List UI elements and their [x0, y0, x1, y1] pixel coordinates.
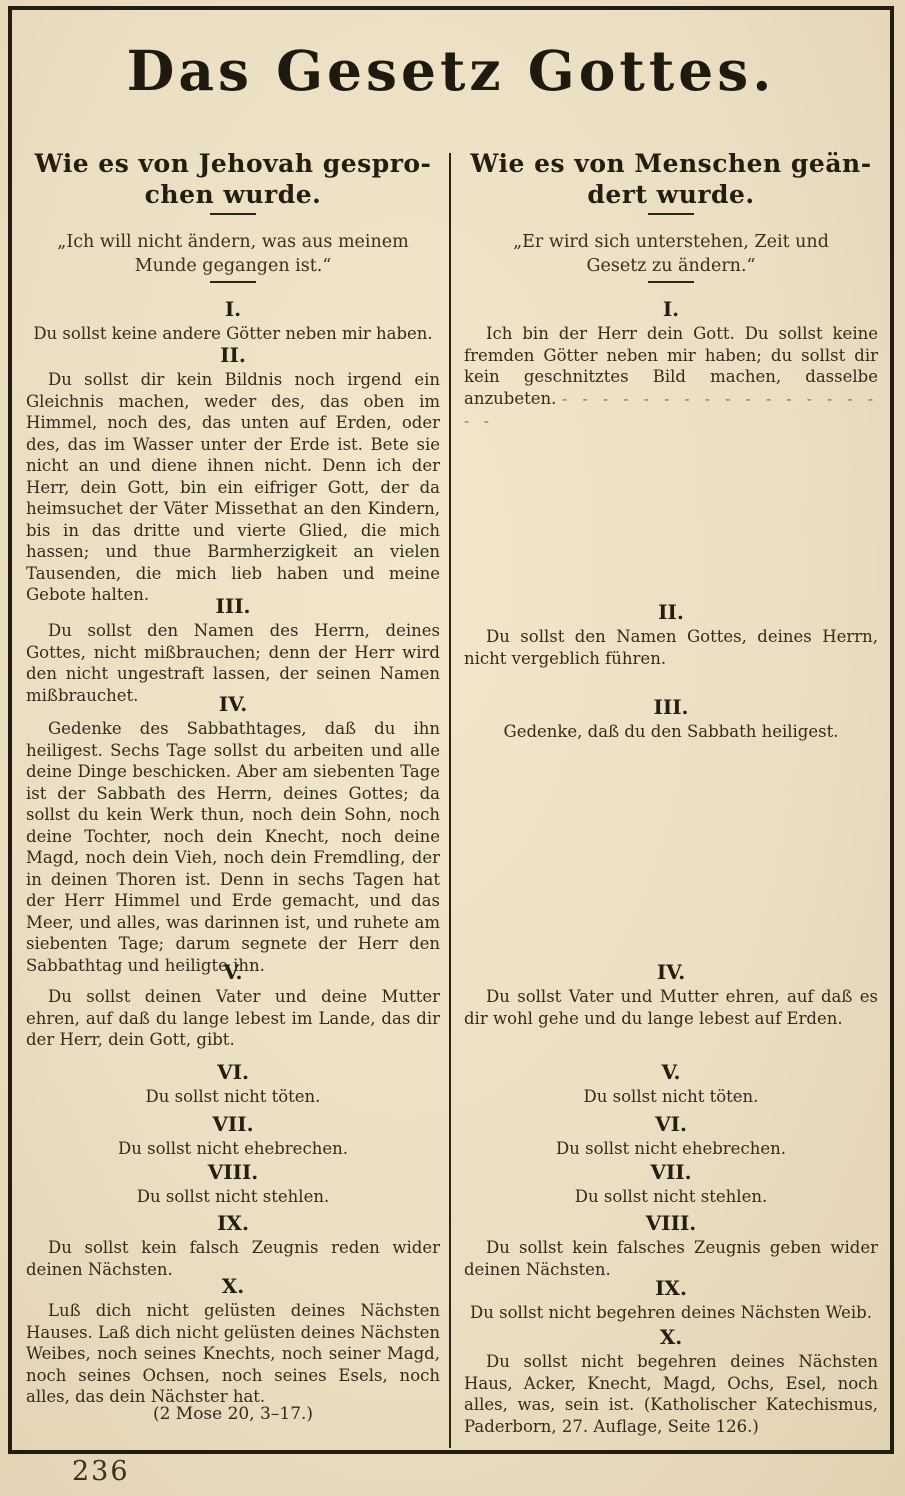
commandment-right-4: IV. Du sollst Vater und Mutter ehren, au… — [464, 960, 878, 1029]
commandment-left-4: IV. Gedenke des Sabbathtages, daß du ihn… — [26, 692, 440, 976]
text-right-9: Du sollst nicht begehren deines Nächsten… — [464, 1302, 878, 1324]
text-left-2: Du sollst dir kein Bildnis noch irgend e… — [26, 369, 440, 606]
left-quote-line-2: Munde gegangen ist.“ — [26, 254, 440, 278]
left-column: Wie es von Jehovah gespro- chen wurde. „… — [26, 10, 440, 1450]
numeral-right-8: VIII. — [464, 1211, 878, 1235]
numeral-left-5: V. — [26, 960, 440, 984]
text-right-6: Du sollst nicht ehebrechen. — [464, 1138, 878, 1160]
text-left-6: Du sollst nicht töten. — [26, 1086, 440, 1108]
right-divider-rule-bottom — [648, 281, 694, 283]
numeral-left-10: X. — [26, 1274, 440, 1298]
numeral-left-1: I. — [26, 297, 440, 321]
bible-reference: (2 Mose 20, 3–17.) — [26, 1404, 440, 1424]
text-left-1: Du sollst keine andere Götter neben mir … — [26, 323, 440, 345]
right-header-line-1: Wie es von Menschen geän- — [464, 148, 878, 179]
scanned-book-page: Das Gesetz Gottes. Wie es von Jehovah ge… — [0, 0, 905, 1496]
left-quote-line-1: „Ich will nicht ändern, was aus meinem — [26, 230, 440, 254]
text-right-2: Du sollst den Namen Gottes, deines Herrn… — [464, 626, 878, 669]
left-header-line-2: chen wurde. — [26, 179, 440, 210]
right-column-quote: „Er wird sich unterstehen, Zeit und Gese… — [464, 230, 878, 278]
text-left-7: Du sollst nicht ehebrechen. — [26, 1138, 440, 1160]
text-left-10: Luß dich nicht gelüsten deines Nächsten … — [26, 1300, 440, 1408]
text-right-3: Gedenke, daß du den Sabbath heiligest. — [464, 721, 878, 743]
commandment-left-5: V. Du sollst deinen Vater und deine Mutt… — [26, 960, 440, 1051]
text-right-1: Ich bin der Herr dein Gott. Du sollst ke… — [464, 323, 878, 433]
left-column-header: Wie es von Jehovah gespro- chen wurde. — [26, 148, 440, 210]
text-left-4: Gedenke des Sabbathtages, daß du ihn hei… — [26, 718, 440, 976]
numeral-left-6: VI. — [26, 1060, 440, 1084]
commandment-right-5: V. Du sollst nicht töten. — [464, 1060, 878, 1108]
numeral-right-6: VI. — [464, 1112, 878, 1136]
page-frame-border: Das Gesetz Gottes. Wie es von Jehovah ge… — [8, 6, 894, 1454]
commandment-right-9: IX. Du sollst nicht begehren deines Näch… — [464, 1276, 878, 1324]
commandment-right-6: VI. Du sollst nicht ehebrechen. — [464, 1112, 878, 1160]
right-header-line-2: dert wurde. — [464, 179, 878, 210]
numeral-right-4: IV. — [464, 960, 878, 984]
commandment-left-9: IX. Du sollst kein falsch Zeugnis reden … — [26, 1211, 440, 1280]
text-right-5: Du sollst nicht töten. — [464, 1086, 878, 1108]
numeral-left-4: IV. — [26, 692, 440, 716]
numeral-left-9: IX. — [26, 1211, 440, 1235]
numeral-left-2: II. — [26, 343, 440, 367]
commandment-right-1: I. Ich bin der Herr dein Gott. Du sollst… — [464, 297, 878, 433]
commandment-right-10: X. Du sollst nicht begehren deines Nächs… — [464, 1325, 878, 1437]
numeral-right-7: VII. — [464, 1160, 878, 1184]
right-quote-line-2: Gesetz zu ändern.“ — [464, 254, 878, 278]
right-divider-rule-top — [648, 213, 694, 215]
commandment-right-2: II. Du sollst den Namen Gottes, deines H… — [464, 600, 878, 669]
numeral-left-7: VII. — [26, 1112, 440, 1136]
text-left-5: Du sollst deinen Vater und deine Mutter … — [26, 986, 440, 1051]
text-right-4: Du sollst Vater und Mutter ehren, auf da… — [464, 986, 878, 1029]
column-divider-rule — [449, 153, 451, 1448]
numeral-right-9: IX. — [464, 1276, 878, 1300]
right-column: Wie es von Menschen geän- dert wurde. „E… — [464, 10, 878, 1450]
commandment-left-10: X. Luß dich nicht gelüsten deines Nächst… — [26, 1274, 440, 1408]
numeral-right-10: X. — [464, 1325, 878, 1349]
commandment-left-6: VI. Du sollst nicht töten. — [26, 1060, 440, 1108]
numeral-right-3: III. — [464, 695, 878, 719]
left-divider-rule-top — [210, 213, 256, 215]
numeral-left-8: VIII. — [26, 1160, 440, 1184]
left-column-quote: „Ich will nicht ändern, was aus meinem M… — [26, 230, 440, 278]
left-header-line-1: Wie es von Jehovah gespro- — [26, 148, 440, 179]
right-column-header: Wie es von Menschen geän- dert wurde. — [464, 148, 878, 210]
commandment-left-3: III. Du sollst den Namen des Herrn, dein… — [26, 594, 440, 706]
numeral-right-1: I. — [464, 297, 878, 321]
commandment-right-7: VII. Du sollst nicht stehlen. — [464, 1160, 878, 1208]
page-number: 236 — [72, 1456, 130, 1487]
commandment-left-1: I. Du sollst keine andere Götter neben m… — [26, 297, 440, 345]
text-right-10: Du sollst nicht begehren deines Nächsten… — [464, 1351, 878, 1437]
commandment-right-3: III. Gedenke, daß du den Sabbath heilige… — [464, 695, 878, 743]
right-quote-line-1: „Er wird sich unterstehen, Zeit und — [464, 230, 878, 254]
commandment-left-7: VII. Du sollst nicht ehebrechen. — [26, 1112, 440, 1160]
numeral-right-2: II. — [464, 600, 878, 624]
left-divider-rule-bottom — [210, 281, 256, 283]
text-left-8: Du sollst nicht stehlen. — [26, 1186, 440, 1208]
numeral-left-3: III. — [26, 594, 440, 618]
commandment-right-8: VIII. Du sollst kein falsches Zeugnis ge… — [464, 1211, 878, 1280]
commandment-left-2: II. Du sollst dir kein Bildnis noch irge… — [26, 343, 440, 606]
text-right-8: Du sollst kein falsches Zeugnis geben wi… — [464, 1237, 878, 1280]
text-right-7: Du sollst nicht stehlen. — [464, 1186, 878, 1208]
numeral-right-5: V. — [464, 1060, 878, 1084]
commandment-left-8: VIII. Du sollst nicht stehlen. — [26, 1160, 440, 1208]
